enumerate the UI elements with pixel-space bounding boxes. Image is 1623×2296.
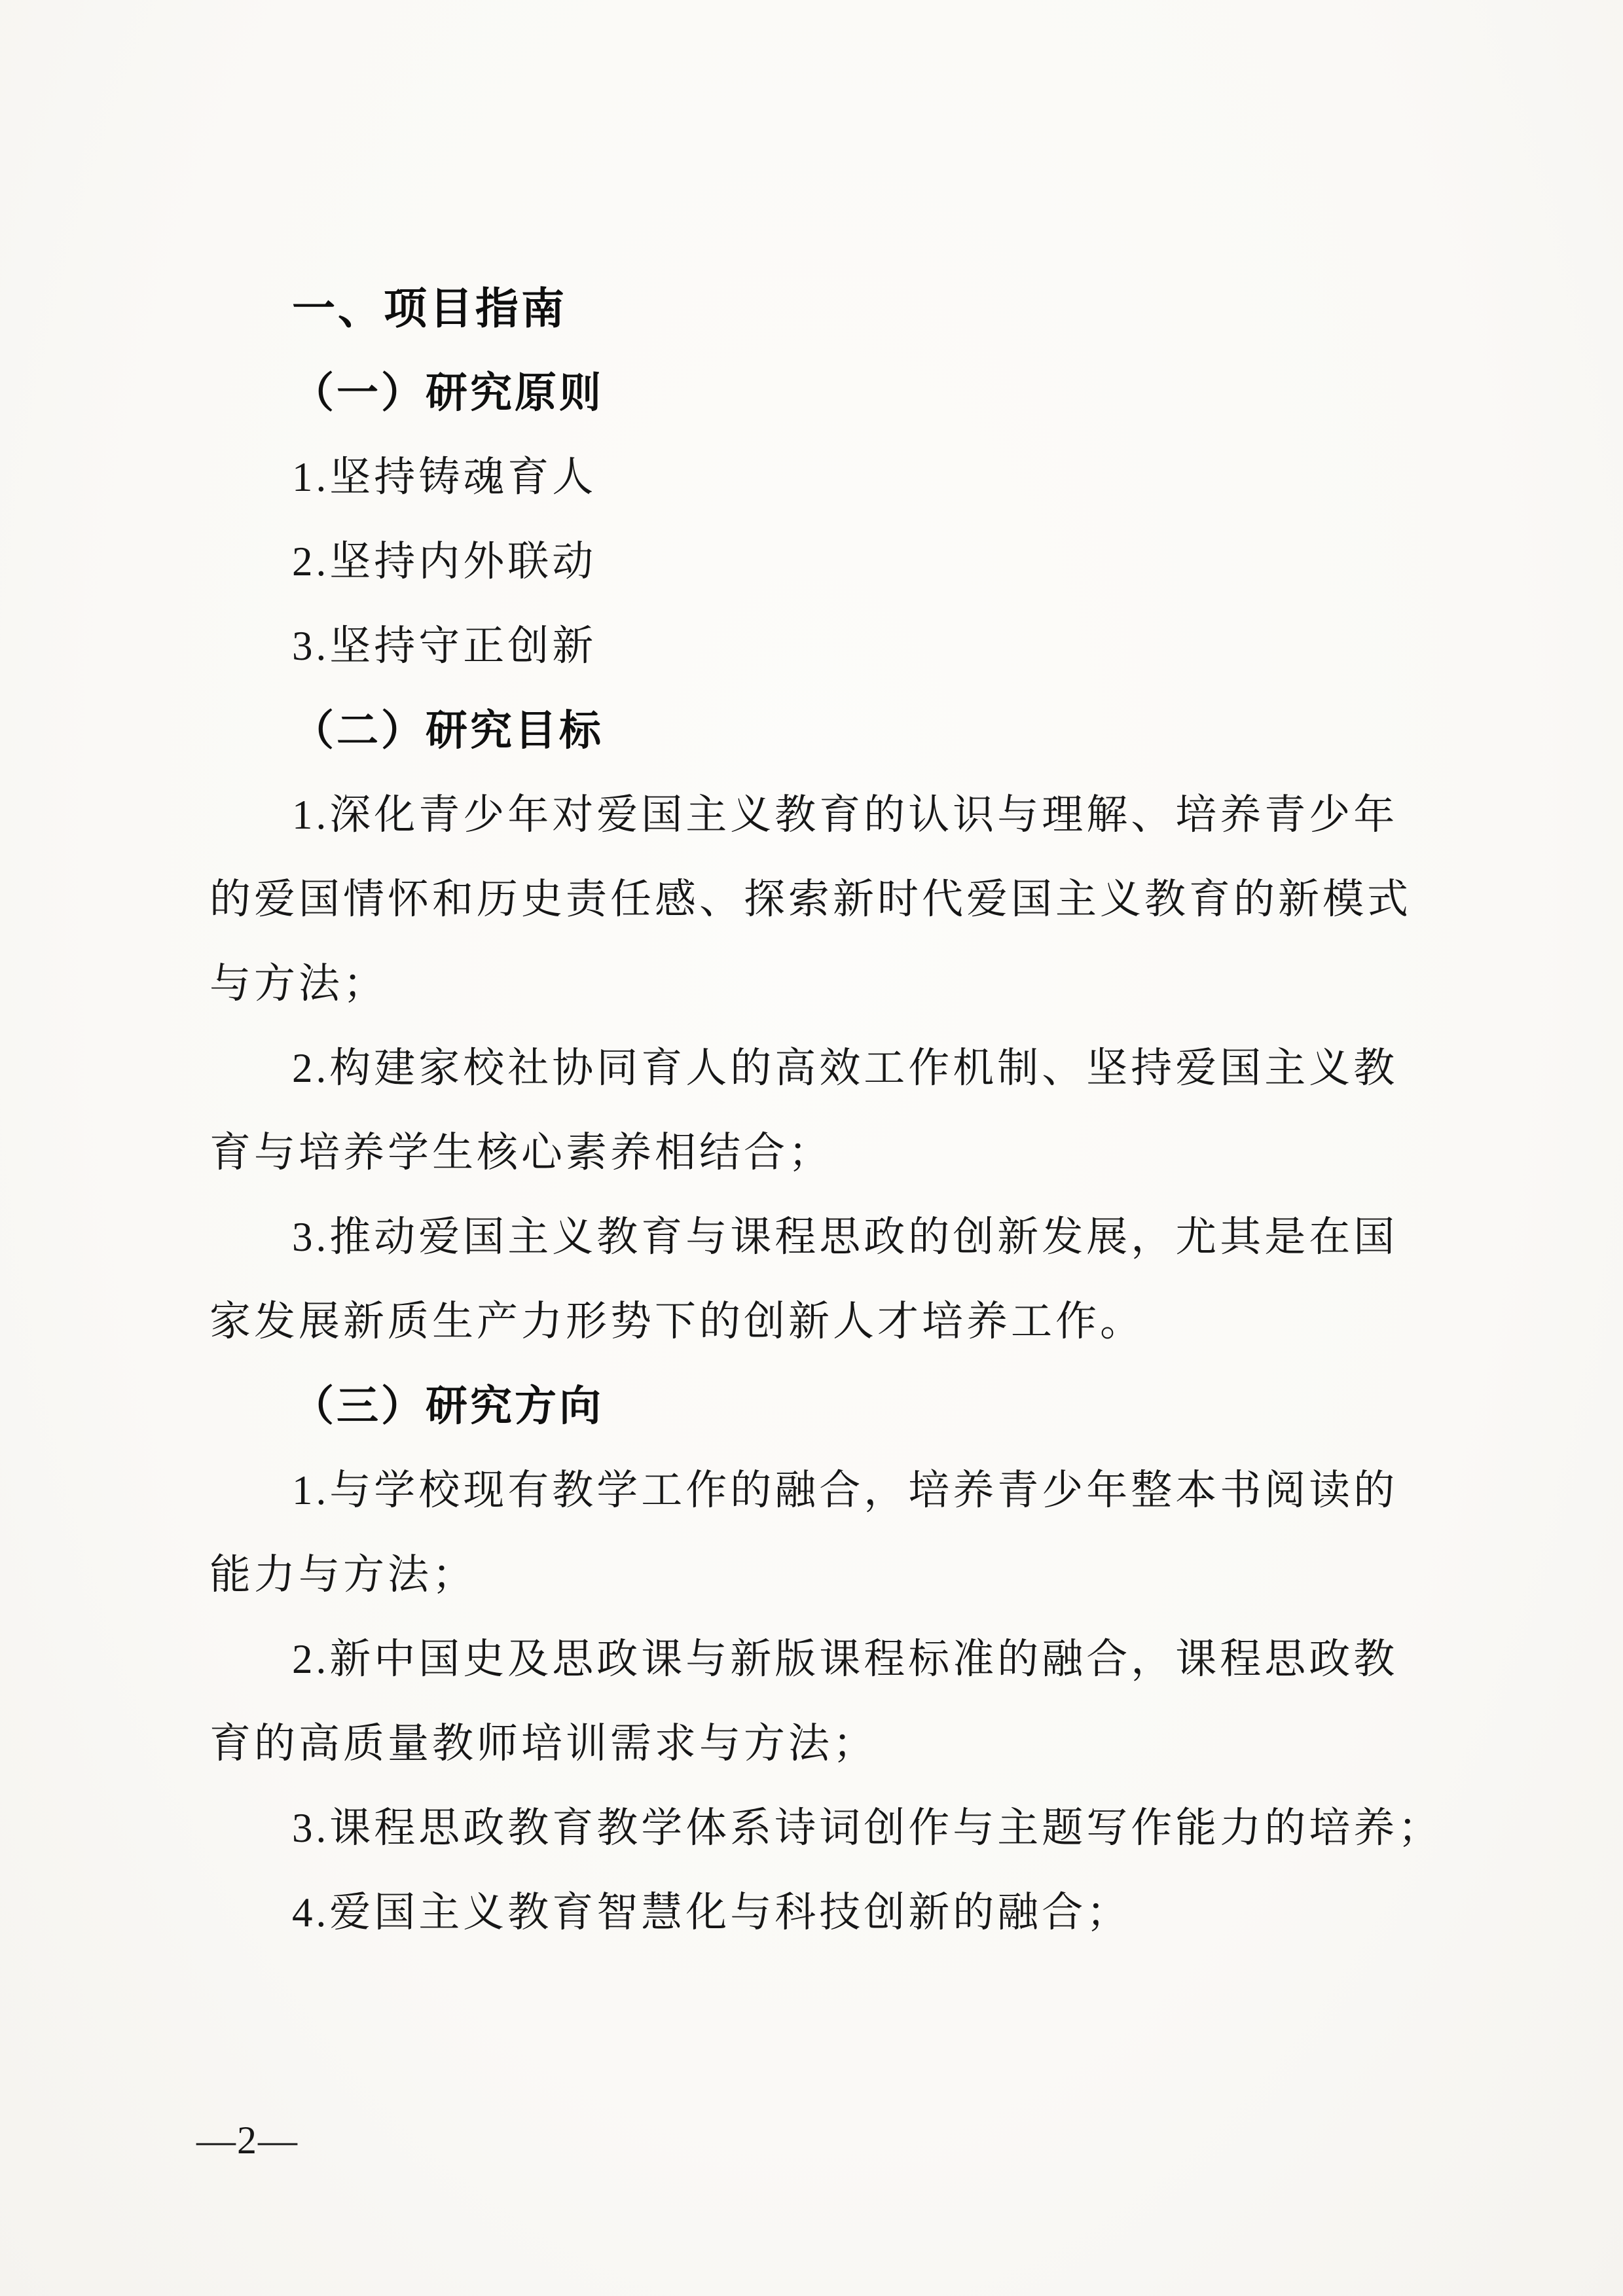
document-page: 一、项目指南 （一）研究原则 1.坚持铸魂育人 2.坚持内外联动 3.坚持守正创… — [0, 0, 1623, 2296]
paragraph-line: 育的高质量教师培训需求与方法； — [210, 1702, 1429, 1786]
list-item: 3.坚持守正创新 — [210, 604, 1429, 689]
paragraph-line: 1.与学校现有教学工作的融合，培养青少年整本书阅读的 — [210, 1448, 1429, 1533]
subsection-heading: （三）研究方向 — [210, 1364, 1429, 1448]
subsection-heading: （一）研究原则 — [210, 351, 1429, 435]
paragraph-line: 2.构建家校社协同育人的高效工作机制、坚持爱国主义教 — [210, 1026, 1429, 1111]
paragraph-line: 的爱国情怀和历史责任感、探索新时代爱国主义教育的新模式 — [210, 857, 1429, 942]
list-item: 3.课程思政教育教学体系诗词创作与主题写作能力的培养； — [210, 1786, 1429, 1871]
paragraph-line: 2.新中国史及思政课与新版课程标准的融合，课程思政教 — [210, 1617, 1429, 1702]
list-item: 1.坚持铸魂育人 — [210, 435, 1429, 520]
paragraph-line: 1.深化青少年对爱国主义教育的认识与理解、培养青少年 — [210, 773, 1429, 857]
paragraph-line: 能力与方法； — [210, 1533, 1429, 1617]
paragraph-line: 家发展新质生产力形势下的创新人才培养工作。 — [210, 1280, 1429, 1364]
list-item: 2.坚持内外联动 — [210, 520, 1429, 604]
document-body: 一、项目指南 （一）研究原则 1.坚持铸魂育人 2.坚持内外联动 3.坚持守正创… — [210, 266, 1429, 1955]
section-heading: 一、项目指南 — [210, 266, 1429, 351]
list-item: 4.爱国主义教育智慧化与科技创新的融合； — [210, 1871, 1429, 1955]
subsection-heading: （二）研究目标 — [210, 689, 1429, 773]
paragraph-line: 3.推动爱国主义教育与课程思政的创新发展，尤其是在国 — [210, 1195, 1429, 1280]
page-number: —2— — [196, 2101, 299, 2179]
paragraph-line: 育与培养学生核心素养相结合； — [210, 1111, 1429, 1195]
paragraph-line: 与方法； — [210, 942, 1429, 1026]
